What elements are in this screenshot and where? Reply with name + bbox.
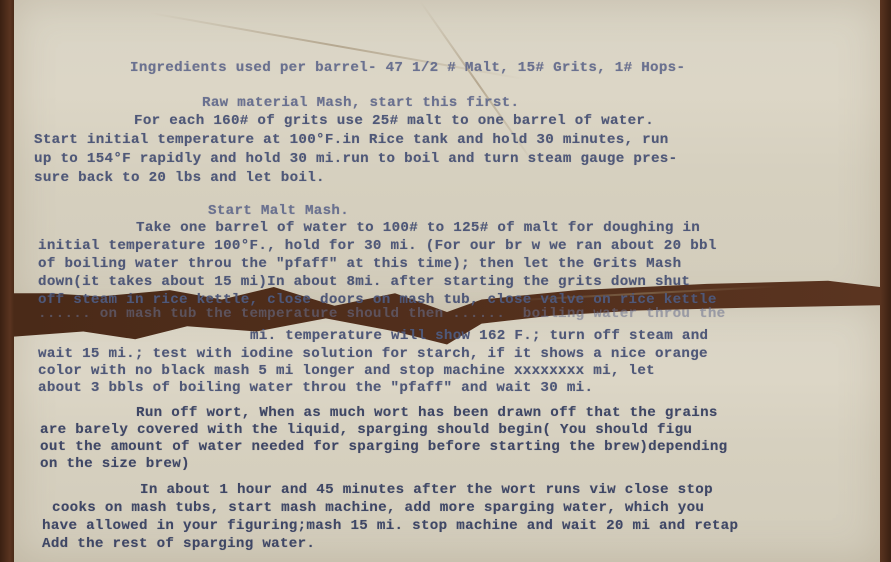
paper-upper-fragment	[14, 0, 880, 312]
